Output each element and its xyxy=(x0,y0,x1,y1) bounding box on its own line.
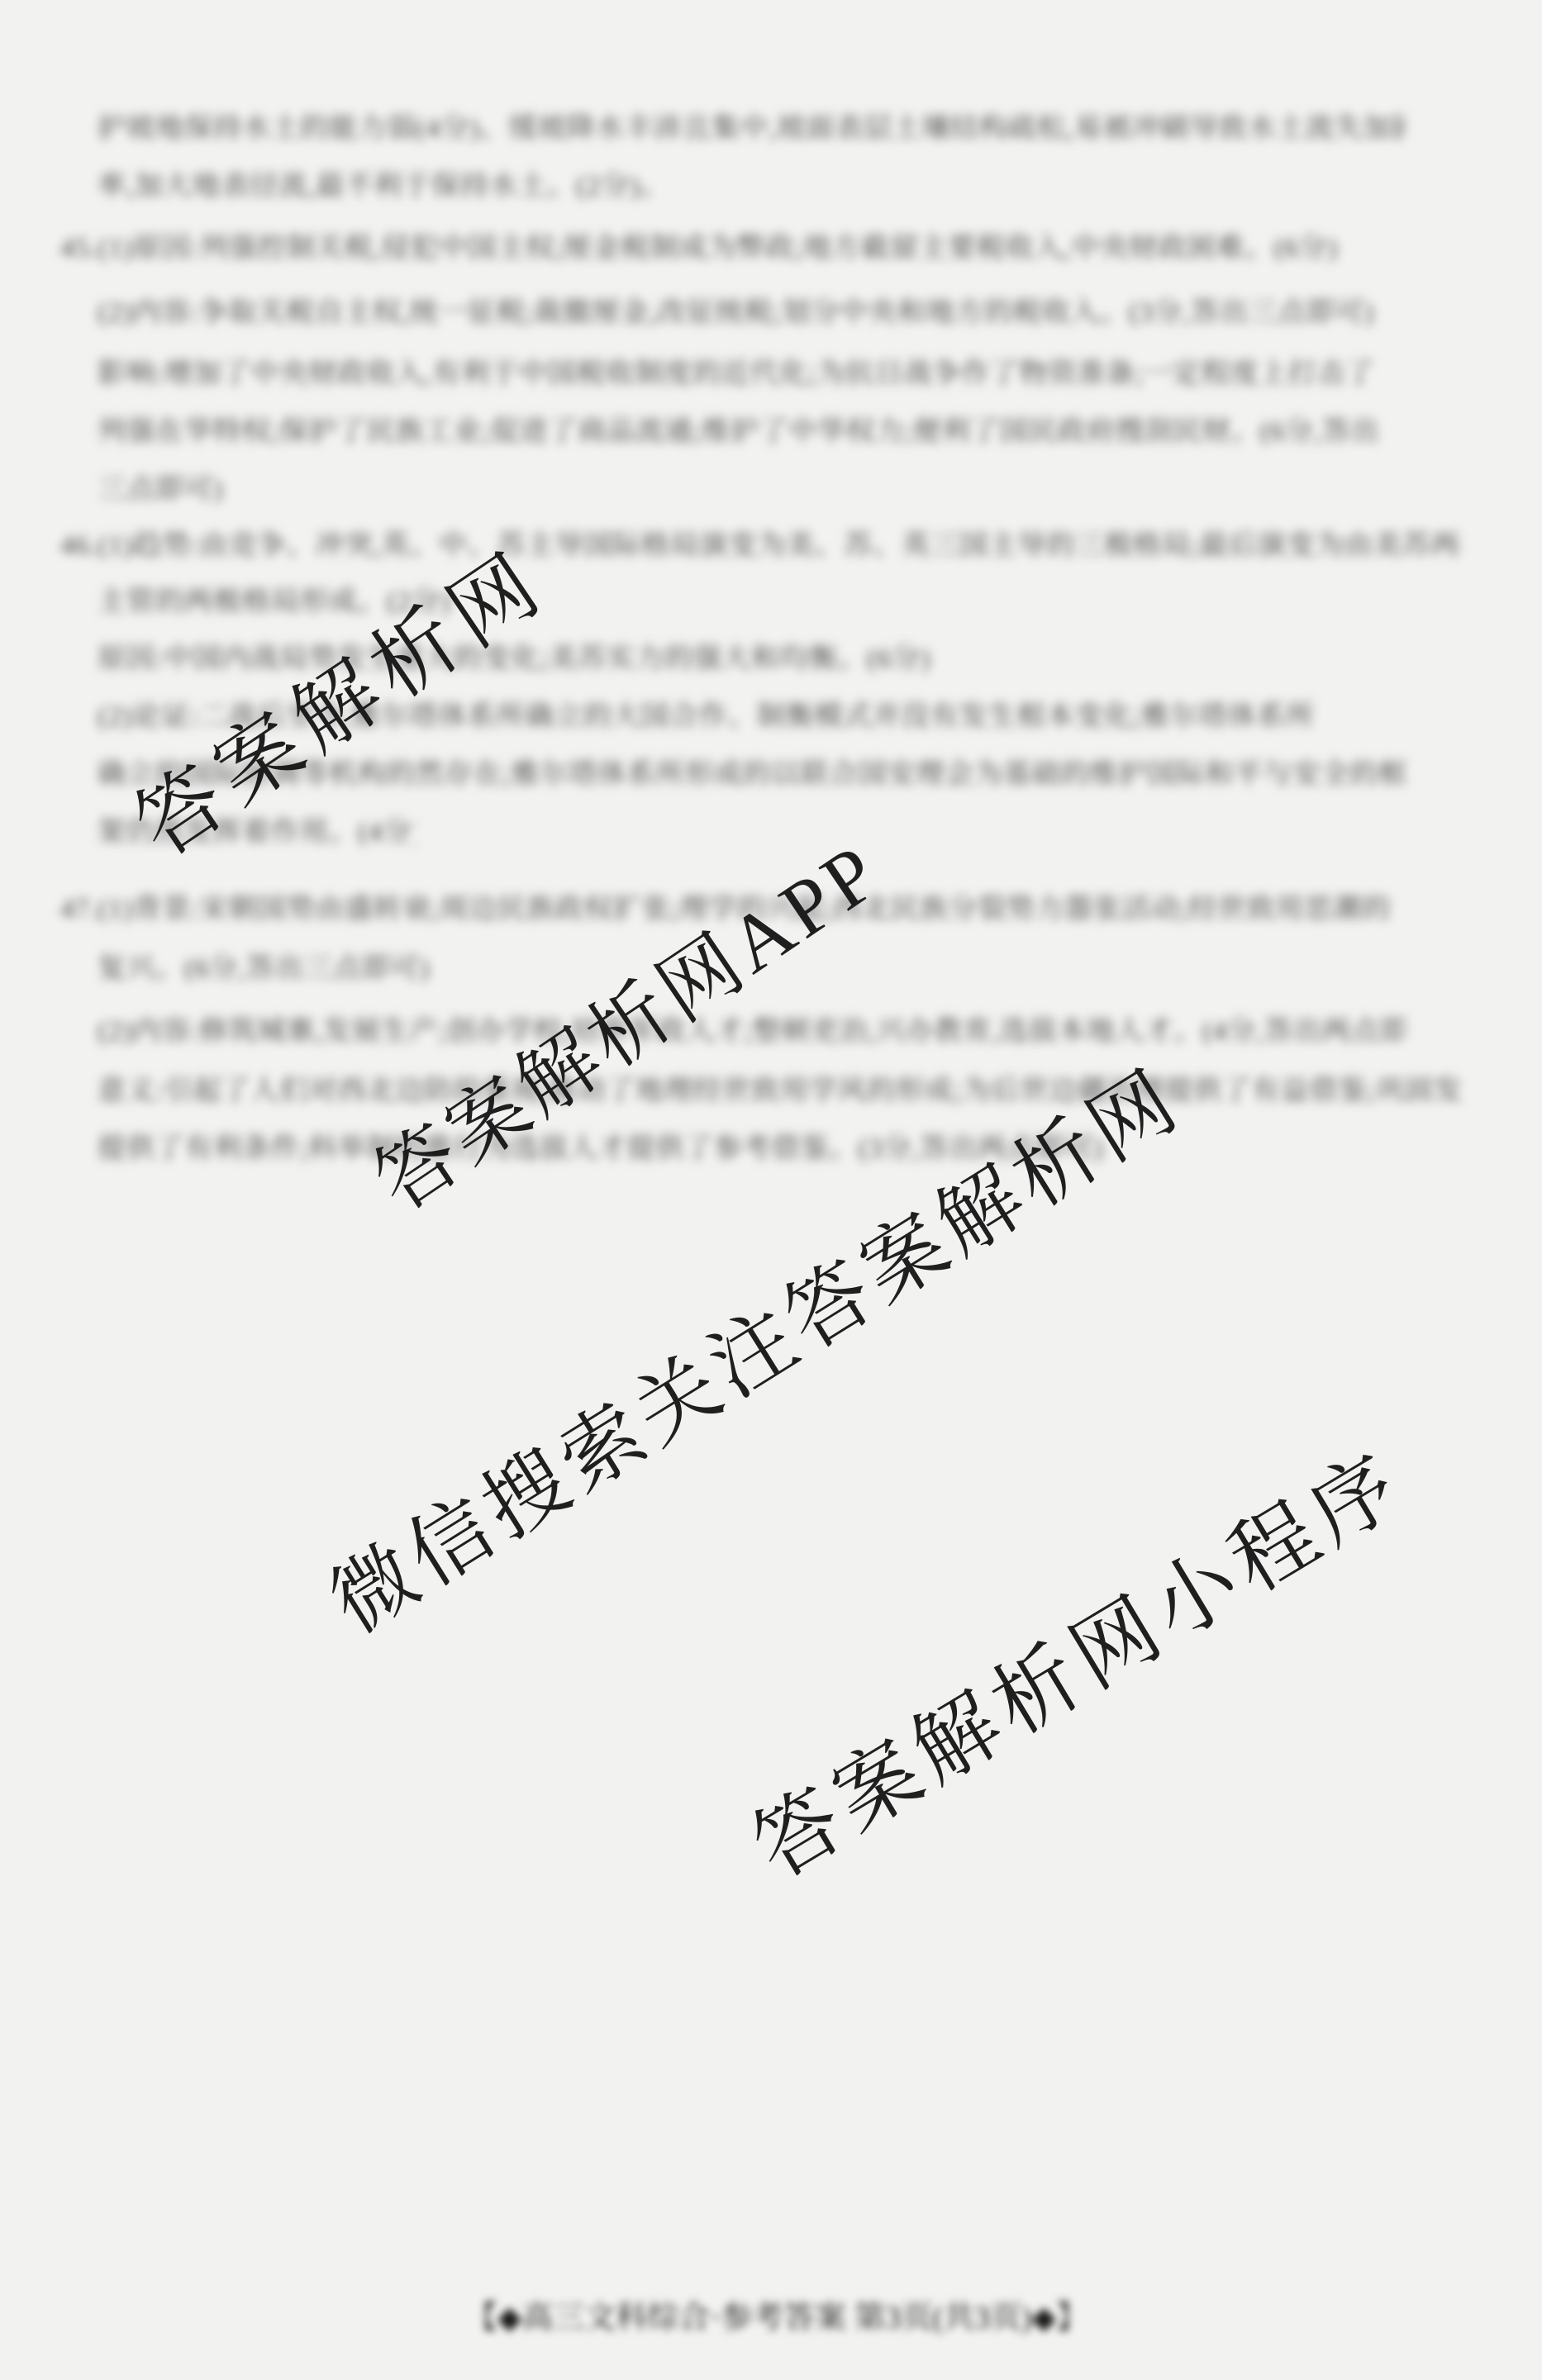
scanned-answer-page: 护坡地保持水土的能力弱(4分)、缓坡降水丰沛且集中,坡面表层土壤结构疏松,易被冲… xyxy=(0,0,1542,2380)
footer-text: 【◆高三文科综合·参考答案 第3页(共3页)◆】 xyxy=(413,2298,1140,2338)
page-footer: 【◆高三文科综合·参考答案 第3页(共3页)◆】 xyxy=(0,0,1542,2380)
